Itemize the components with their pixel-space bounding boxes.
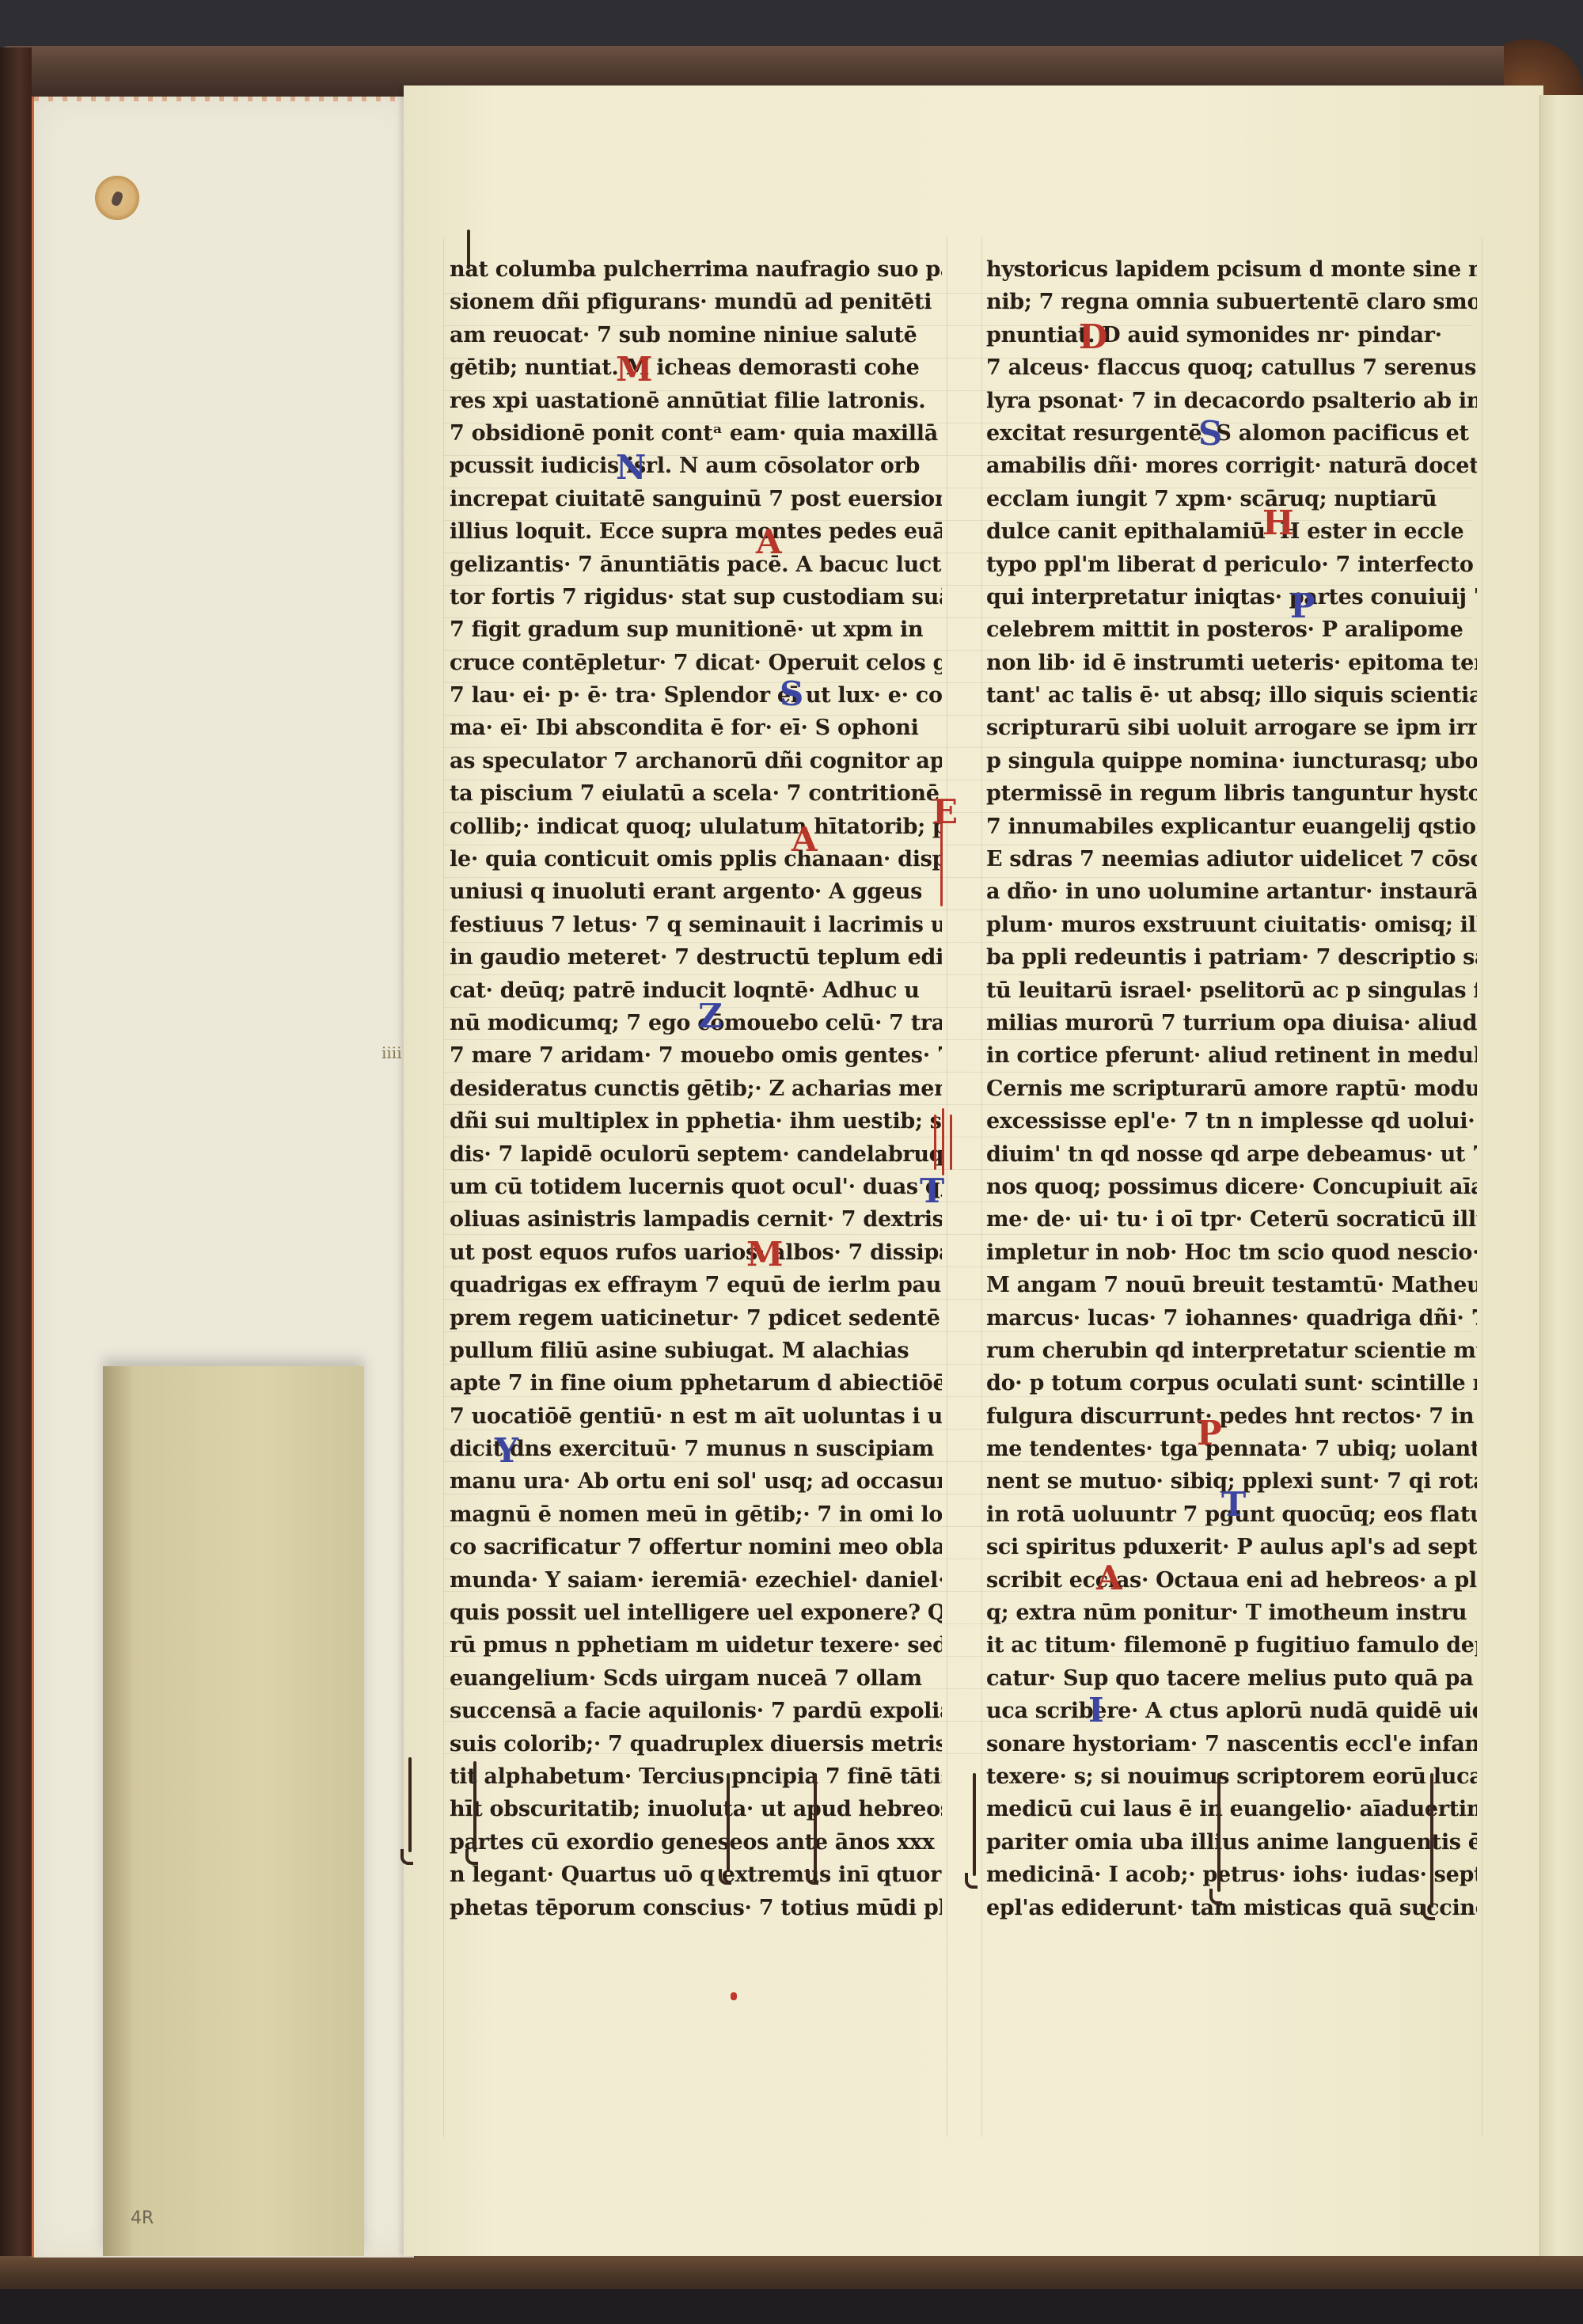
text-line: dis· 7 lapidē oculorū septem· candelabru… xyxy=(450,1138,942,1171)
text-line: succensā a facie aquilonis· 7 pardū expo… xyxy=(450,1695,942,1727)
text-line: cat· deūq; patrē inducit loqntē· Adhuc u xyxy=(450,974,942,1007)
text-line: 7 innumabiles explicantur euangelij qsti… xyxy=(986,811,1477,843)
text-line: 7 figit gradum sup munitionē· ut xpm in xyxy=(450,613,942,646)
text-line: magnū ē nomen meū in gētib;· 7 in omi lo xyxy=(450,1498,942,1531)
ruling-line xyxy=(981,237,982,2137)
text-line: quis possit uel intelligere uel exponere… xyxy=(450,1597,942,1629)
text-line: scripturarū sibi uoluit arrogare se ipm … xyxy=(986,712,1477,744)
initial-letter-red: A xyxy=(1096,1562,1122,1595)
text-line: plum· muros exstruunt ciuitatis· omisq; … xyxy=(986,909,1477,941)
text-line: n legant· Quartus uō q extremus inī qtuo… xyxy=(450,1859,942,1891)
text-line: it ac titum· filemonē p fugitiuo famulo … xyxy=(986,1629,1477,1661)
text-line: co sacrificatur 7 offertur nomini meo ob… xyxy=(450,1531,942,1563)
text-line: epl'as ediderunt· tam misticas quā succi… xyxy=(986,1892,1477,1924)
text-line: lyra psonat· 7 in decacordo psalterio ab… xyxy=(986,385,1477,417)
text-line: nat columba pulcherrima naufragio suo pa xyxy=(450,253,942,286)
initial-letter-red: M xyxy=(616,353,653,386)
text-line: pullum filiū asine subiugat. M alachias xyxy=(450,1335,942,1367)
text-line: ba ppli redeuntis i patriam· 7 descripti… xyxy=(986,941,1477,974)
text-line: manu ura· Ab ortu eni sol' usq; ad occas… xyxy=(450,1465,942,1498)
text-line: dñi sui multiplex in pphetia· ihm uestib… xyxy=(450,1105,942,1137)
text-line: texere· s; si nouimus scriptorem eorū lu… xyxy=(986,1760,1477,1793)
text-line: collib;· indicat quoq; ululatum hītatori… xyxy=(450,811,942,843)
text-line: fulgura discurrunt· pedes hnt rectos· 7 … xyxy=(986,1400,1477,1433)
text-line: ptermissē in regum libris tanguntur hyst… xyxy=(986,777,1477,810)
descender-stroke xyxy=(408,1757,412,1852)
text-line: uniusi q inuoluti erant argento· A ggeus xyxy=(450,875,942,908)
text-line: pcussit iudicis isrl. N aum cōsolator or… xyxy=(450,450,942,482)
text-line: quadrigas ex effraym 7 equū de ierlm pau xyxy=(450,1269,942,1301)
text-line: rū pmus n pphetiam m uidetur texere· sed xyxy=(450,1629,942,1661)
text-line: 7 obsidionē ponit contᵃ eam· quia maxill… xyxy=(450,417,942,450)
text-line: p singula quippe nomina· iuncturasq; ubo… xyxy=(986,745,1477,777)
text-line: hīt obscuritatib; inuoluta· ut apud hebr… xyxy=(450,1793,942,1825)
descender-stroke xyxy=(473,1761,476,1852)
text-line: a dño· in uno uolumine artantur· instaur… xyxy=(986,875,1477,908)
text-line: sonare hystoriam· 7 nascentis eccl'e inf… xyxy=(986,1728,1477,1760)
pencil-foliation-mark: 4R xyxy=(131,2208,154,2228)
text-line: cruce contēpletur· 7 dicat· Operuit celo… xyxy=(450,647,942,679)
text-line: 7 lau· ei· p· ē· tra· Splendor eī ut lux… xyxy=(450,679,942,712)
initial-letter-red: D xyxy=(1079,321,1107,354)
text-line: excessisse epl'e· 7 tn n implesse qd uol… xyxy=(986,1105,1477,1137)
initial-letter-red: E xyxy=(932,796,958,829)
text-line: rum cherubin qd interpretatur scientie m… xyxy=(986,1335,1477,1367)
text-line: res xpi uastationē annūtiat filie latron… xyxy=(450,385,942,417)
text-line: nos quoq; possimus dicere· Concupiuit aī… xyxy=(986,1171,1477,1203)
text-line: suis colorib;· 7 quadruplex diuersis met… xyxy=(450,1728,942,1760)
descender-stroke xyxy=(814,1773,817,1872)
text-line: Cernis me scripturarū amore raptū· modum xyxy=(986,1073,1477,1105)
text-line: pnuntiat. D auid symonides nr· pindar· xyxy=(986,319,1477,351)
leather-binding-left xyxy=(0,47,32,2264)
initial-letter-red: A xyxy=(756,526,782,559)
text-line: celebrem mittit in posteros· P aralipome xyxy=(986,613,1477,646)
text-line: um cū totidem lucernis quot ocul'· duas … xyxy=(450,1171,942,1203)
text-line: dicit dns exercituū· 7 munus n suscipiam… xyxy=(450,1433,942,1465)
descender-stroke xyxy=(1430,1773,1433,1908)
text-line: as speculator 7 archanorū dñi cognitor a… xyxy=(450,745,942,777)
text-line: ta piscium 7 eiulatū a scela· 7 contriti… xyxy=(450,777,942,810)
next-folio-edge xyxy=(1539,95,1583,2256)
text-line: gelizantis· 7 ānuntiātis pacē. A bacuc l… xyxy=(450,549,942,581)
text-column-left: nat columba pulcherrima naufragio suo pa… xyxy=(450,253,942,1924)
text-line: hystoricus lapidem pcisum d monte sine m… xyxy=(986,253,1477,286)
initial-letter-blue: Z xyxy=(698,1000,723,1033)
text-line: sionem dñi pfigurans· mundū ad penitēti xyxy=(450,286,942,318)
text-line: le· quia conticuit omis pplis chanaan· d… xyxy=(450,843,942,875)
text-line: do· p totum corpus oculati sunt· scintil… xyxy=(986,1367,1477,1399)
text-line: desideratus cunctis gētib;· Z acharias m… xyxy=(450,1073,942,1105)
text-column-right: hystoricus lapidem pcisum d monte sine m… xyxy=(986,253,1477,1924)
red-ink-spot xyxy=(731,1992,737,2000)
initial-letter-red: H xyxy=(1262,507,1294,540)
text-line: munda· Y saiam· ieremiā· ezechiel· danie… xyxy=(450,1564,942,1597)
text-line: phetas tēporum conscius· 7 totius mūdi p… xyxy=(450,1892,942,1924)
text-line: milias murorū 7 turrium opa diuisa· aliu… xyxy=(986,1007,1477,1039)
text-line: tant' ac talis ē· ut absq; illo siquis s… xyxy=(986,679,1477,712)
text-line: medicū cui laus ē in euangelio· aīaduert… xyxy=(986,1793,1477,1825)
initial-letter-red: A xyxy=(791,823,818,856)
text-line: amabilis dñi· mores corrigit· naturā doc… xyxy=(986,450,1477,482)
stub-leaf xyxy=(103,1366,364,2256)
initial-letter-blue: T xyxy=(920,1175,944,1208)
text-line: nū modicumq; 7 ego cōmouebo celū· 7 tram… xyxy=(450,1007,942,1039)
text-line: euangelium· Scds uirgam nuceā 7 ollam xyxy=(450,1662,942,1695)
initial-letter-blue: P xyxy=(1290,590,1315,623)
initial-letter-blue: N xyxy=(616,451,646,484)
text-line: in gaudio meteret· 7 destructū teplum ed… xyxy=(450,941,942,974)
text-line: sci spiritus pduxerit· P aulus apl's ad … xyxy=(986,1531,1477,1563)
text-line: in cortice pferunt· aliud retinent in me… xyxy=(986,1039,1477,1072)
pen-flourish xyxy=(940,811,943,906)
text-line: catur· Sup quo tacere melius puto quā pa xyxy=(986,1662,1477,1695)
text-line: apte 7 in fine oium pphetarum d abiectiō… xyxy=(450,1367,942,1399)
text-line: q; extra nūm ponitur· T imotheum instru xyxy=(986,1597,1477,1629)
worm-hole-stain xyxy=(95,176,139,220)
text-line: pariter omia uba illius anime languentis… xyxy=(986,1826,1477,1859)
text-line: nib; 7 regna omnia subuertentē claro smo… xyxy=(986,286,1477,318)
text-line: 7 alceus· flaccus quoq; catullus 7 seren… xyxy=(986,351,1477,384)
text-line: tū leuitarū israel· pselitorū ac p singu… xyxy=(986,974,1477,1007)
text-line: oliuas asinistris lampadis cernit· 7 dex… xyxy=(450,1203,942,1236)
ruling-line xyxy=(1482,237,1482,2137)
initial-letter-blue: Y xyxy=(495,1434,518,1468)
initial-letter-blue: T xyxy=(1221,1488,1246,1521)
descender-stroke xyxy=(973,1773,976,1876)
initial-letter-red: P xyxy=(1197,1417,1222,1450)
text-line: E sdras 7 neemias adiutor uidelicet 7 cō… xyxy=(986,843,1477,875)
initial-letter-blue: S xyxy=(780,678,803,711)
text-line: qui interpretatur iniqtas· partes conuiu… xyxy=(986,581,1477,613)
text-line: medicinā· I acob;· petrus· iohs· iudas· … xyxy=(986,1859,1477,1891)
text-line: uca scribere· A ctus aplorū nudā quidē u… xyxy=(986,1695,1477,1727)
text-line: me tendentes· tga pennata· 7 ubiq; uolan… xyxy=(986,1433,1477,1465)
text-line: ut post equos rufos uarios· albos· 7 dis… xyxy=(450,1236,942,1269)
initial-letter-blue: I xyxy=(1088,1694,1104,1727)
text-line: ma· eī· Ibi abscondita ē for· eī· S opho… xyxy=(450,712,942,744)
text-line: scribit ecclas· Octaua eni ad hebreos· a… xyxy=(986,1564,1477,1597)
ruling-line xyxy=(947,237,947,2137)
text-line: typo ppl'm liberat d periculo· 7 interfe… xyxy=(986,549,1477,581)
text-line: diuim' tn qd nosse qd arpe debeamus· ut … xyxy=(986,1138,1477,1171)
text-line: me· de· ui· tu· i oī tpr· Ceterū socrati… xyxy=(986,1203,1477,1236)
text-line: gētib; nuntiat. M icheas demorasti cohe xyxy=(450,351,942,384)
text-line: excitat resurgentē· S alomon pacificus e… xyxy=(986,417,1477,450)
pen-flourish xyxy=(942,1108,944,1175)
text-line: tor fortis 7 rigidus· stat sup custodiam… xyxy=(450,581,942,613)
text-line: tit alphabetum· Tercius pncipia 7 finē t… xyxy=(450,1760,942,1793)
text-line: festiuus 7 letus· 7 q seminauit i lacrim… xyxy=(450,909,942,941)
text-line: dulce canit epithalamiū· H ester in eccl… xyxy=(986,515,1477,548)
initial-letter-blue: S xyxy=(1198,417,1222,450)
text-line: 7 mare 7 aridam· 7 mouebo omis gentes· 7… xyxy=(450,1039,942,1072)
text-line: partes cū exordio geneseos ante ānos xxx xyxy=(450,1826,942,1859)
initial-letter-red: M xyxy=(746,1238,784,1271)
text-line: am reuocat· 7 sub nomine niniue salutē xyxy=(450,319,942,351)
text-line: prem regem uaticinetur· 7 pdicet sedentē… xyxy=(450,1302,942,1335)
text-line: ecclam iungit 7 xpm· scāruq; nuptiarū xyxy=(986,483,1477,515)
marginal-mark: iiii xyxy=(382,1043,402,1062)
text-line: impletur in nob· Hoc tm scio quod nescio… xyxy=(986,1236,1477,1269)
text-line: M angam 7 nouū breuit testamtū· Matheus· xyxy=(986,1269,1477,1301)
text-line: 7 uocatiōē gentiū· n est m aīt uoluntas … xyxy=(450,1400,942,1433)
ruling-line xyxy=(443,237,444,2137)
text-line: illius loquit. Ecce supra montes pedes e… xyxy=(450,515,942,548)
leather-binding-bottom xyxy=(0,2256,1583,2289)
cadel-ascender xyxy=(467,230,470,269)
text-line: increpat ciuitatē sanguinū 7 post euersi… xyxy=(450,483,942,515)
descender-stroke xyxy=(727,1773,730,1872)
descender-stroke xyxy=(1217,1773,1220,1892)
text-line: marcus· lucas· 7 iohannes· quadriga dñi·… xyxy=(986,1302,1477,1335)
pen-flourish xyxy=(950,1115,952,1170)
text-line: non lib· id ē instrumti ueteris· epitoma… xyxy=(986,647,1477,679)
